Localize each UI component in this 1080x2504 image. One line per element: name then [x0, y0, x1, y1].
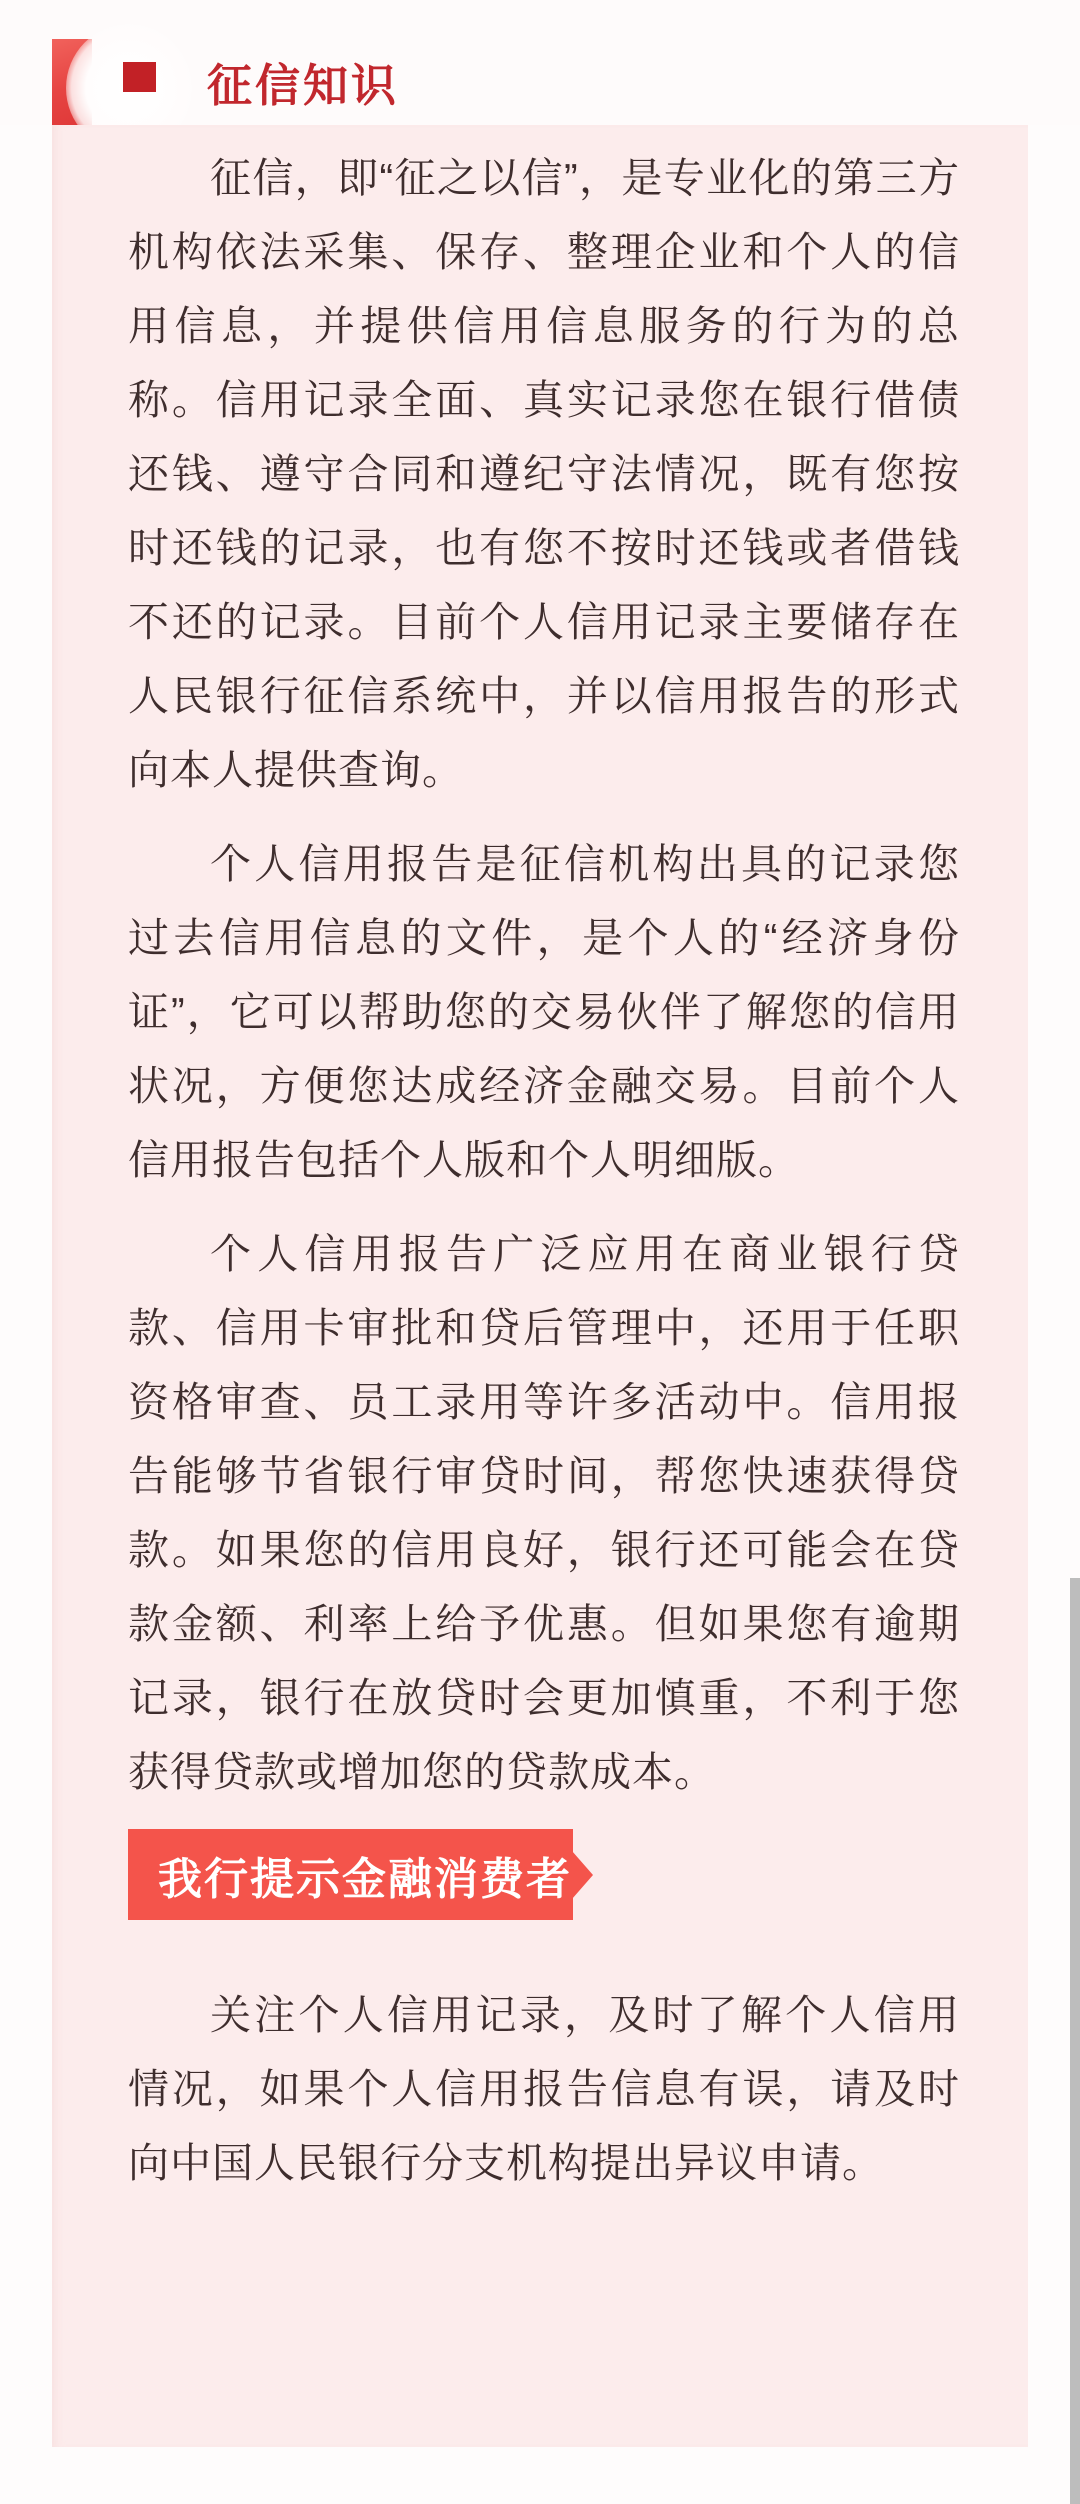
- tip-banner: 我行提示金融消费者: [128, 1829, 573, 1920]
- paragraph-1: 征信，即“征之以信”，是专业化的第三方机构依法采集、保存、整理企业和个人的信用信…: [128, 141, 960, 807]
- red-square-bullet-icon: [123, 62, 156, 92]
- scrollbar-thumb[interactable]: [1070, 1578, 1080, 2504]
- paragraph-2: 个人信用报告是征信机构出具的记录您过去信用信息的文件，是个人的“经济身份证”，它…: [128, 827, 960, 1197]
- article-card: 征信，即“征之以信”，是专业化的第三方机构依法采集、保存、整理企业和个人的信用信…: [52, 125, 1028, 2447]
- closing-paragraph: 关注个人信用记录，及时了解个人信用情况，如果个人信用报告信息有误，请及时向中国人…: [128, 1978, 960, 2200]
- page-title: 征信知识: [207, 49, 399, 114]
- tip-banner-label: 我行提示金融消费者: [128, 1843, 572, 1907]
- article-body: 征信，即“征之以信”，是专业化的第三方机构依法采集、保存、整理企业和个人的信用信…: [52, 125, 1028, 2200]
- article-page: 征信知识 征信，即“征之以信”，是专业化的第三方机构依法采集、保存、整理企业和个…: [0, 0, 1080, 2504]
- header-band: 征信知识: [0, 0, 1080, 125]
- paragraph-3: 个人信用报告广泛应用在商业银行贷款、信用卡审批和贷后管理中，还用于任职资格审查、…: [128, 1217, 960, 1809]
- tip-banner-arrow-icon: [572, 1851, 593, 1899]
